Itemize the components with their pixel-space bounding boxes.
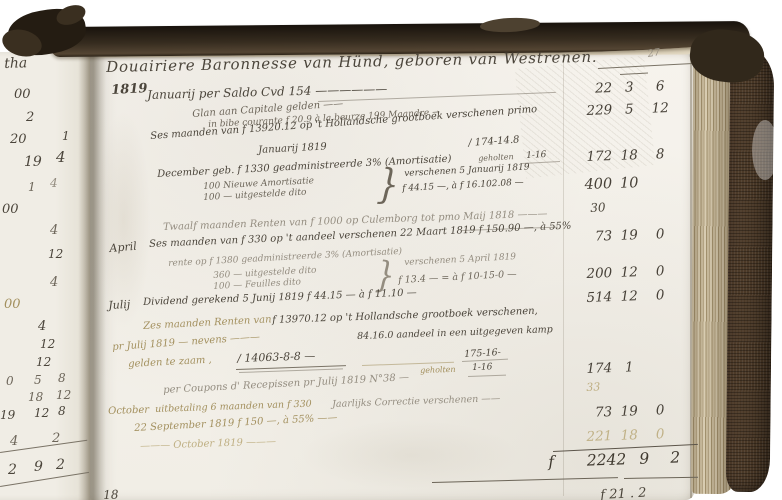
- prev-page-figure: 4: [56, 150, 66, 165]
- prev-page-figure: 4: [10, 435, 18, 448]
- prev-page-figure: 8: [58, 405, 66, 417]
- amount-single-faded: 33: [586, 381, 601, 393]
- month-october: October: [108, 406, 149, 417]
- next-entry-partial-left: 18: [103, 488, 119, 500]
- prev-page-figure: 8: [58, 372, 66, 384]
- prev-page-figure: 19: [0, 409, 15, 421]
- prev-page-figure: 20: [10, 133, 27, 146]
- next-entry-partial-right: f 21 . 2: [600, 487, 647, 500]
- entry-july-grootboek-note3: 1-16: [472, 363, 493, 373]
- prev-page-word: tha: [4, 56, 27, 71]
- page-number: 27: [647, 48, 661, 60]
- prev-page-figure: 12: [34, 407, 49, 419]
- prev-page-figure: 1: [28, 181, 36, 193]
- month-july: Julij: [108, 299, 130, 311]
- month-april: April: [109, 241, 137, 254]
- prev-page-figure: 12: [36, 356, 51, 368]
- prev-page-figure: 0: [6, 375, 14, 387]
- prev-page-figure: 19: [24, 155, 42, 169]
- entry-july-grootboek-note2: geholten: [420, 366, 456, 375]
- prev-page-figure: 12: [48, 248, 63, 260]
- prev-page-figure: 4: [50, 177, 58, 189]
- entry-grootboek-jan-note3: 1-16: [526, 151, 547, 161]
- gutter-shadow: [78, 48, 106, 500]
- prev-page-figure: 1: [62, 130, 70, 142]
- prev-page-figure: 2: [8, 463, 17, 477]
- entry-july-grootboek-sum: / 14063-8-8 —: [237, 350, 315, 364]
- currency-florin: f: [548, 453, 559, 471]
- prev-page-figure: 18: [28, 391, 43, 403]
- grouping-brace: }: [376, 160, 401, 209]
- prev-page-figure: 2: [26, 111, 34, 124]
- prev-page-figure: 9: [34, 460, 43, 474]
- prev-page-figure: 2: [56, 458, 65, 472]
- prev-page-figure: 4: [50, 276, 58, 289]
- ledger-book-photo: 27 Douairiere Baronnesse van Hünd, gebor…: [0, 0, 782, 500]
- prev-page-figure: 4: [38, 320, 46, 333]
- prev-page-figure: 12: [40, 338, 55, 350]
- prev-page-figure: 12: [56, 389, 71, 401]
- entry-july-grootboek-note1: 175-16-: [464, 348, 501, 359]
- prev-page-figure: 00: [4, 298, 21, 311]
- year-label: 1819: [111, 82, 148, 97]
- prev-page-figure: 5: [34, 374, 42, 386]
- amount-single: 30: [590, 201, 606, 214]
- prev-page-figure: 2: [52, 432, 60, 445]
- prev-page-figure: 00: [2, 203, 19, 216]
- prev-page-figure: 4: [50, 224, 58, 237]
- cover-worn-edge: [752, 120, 778, 180]
- prev-page-figure: 00: [14, 88, 31, 101]
- book-cover-right: [726, 50, 775, 492]
